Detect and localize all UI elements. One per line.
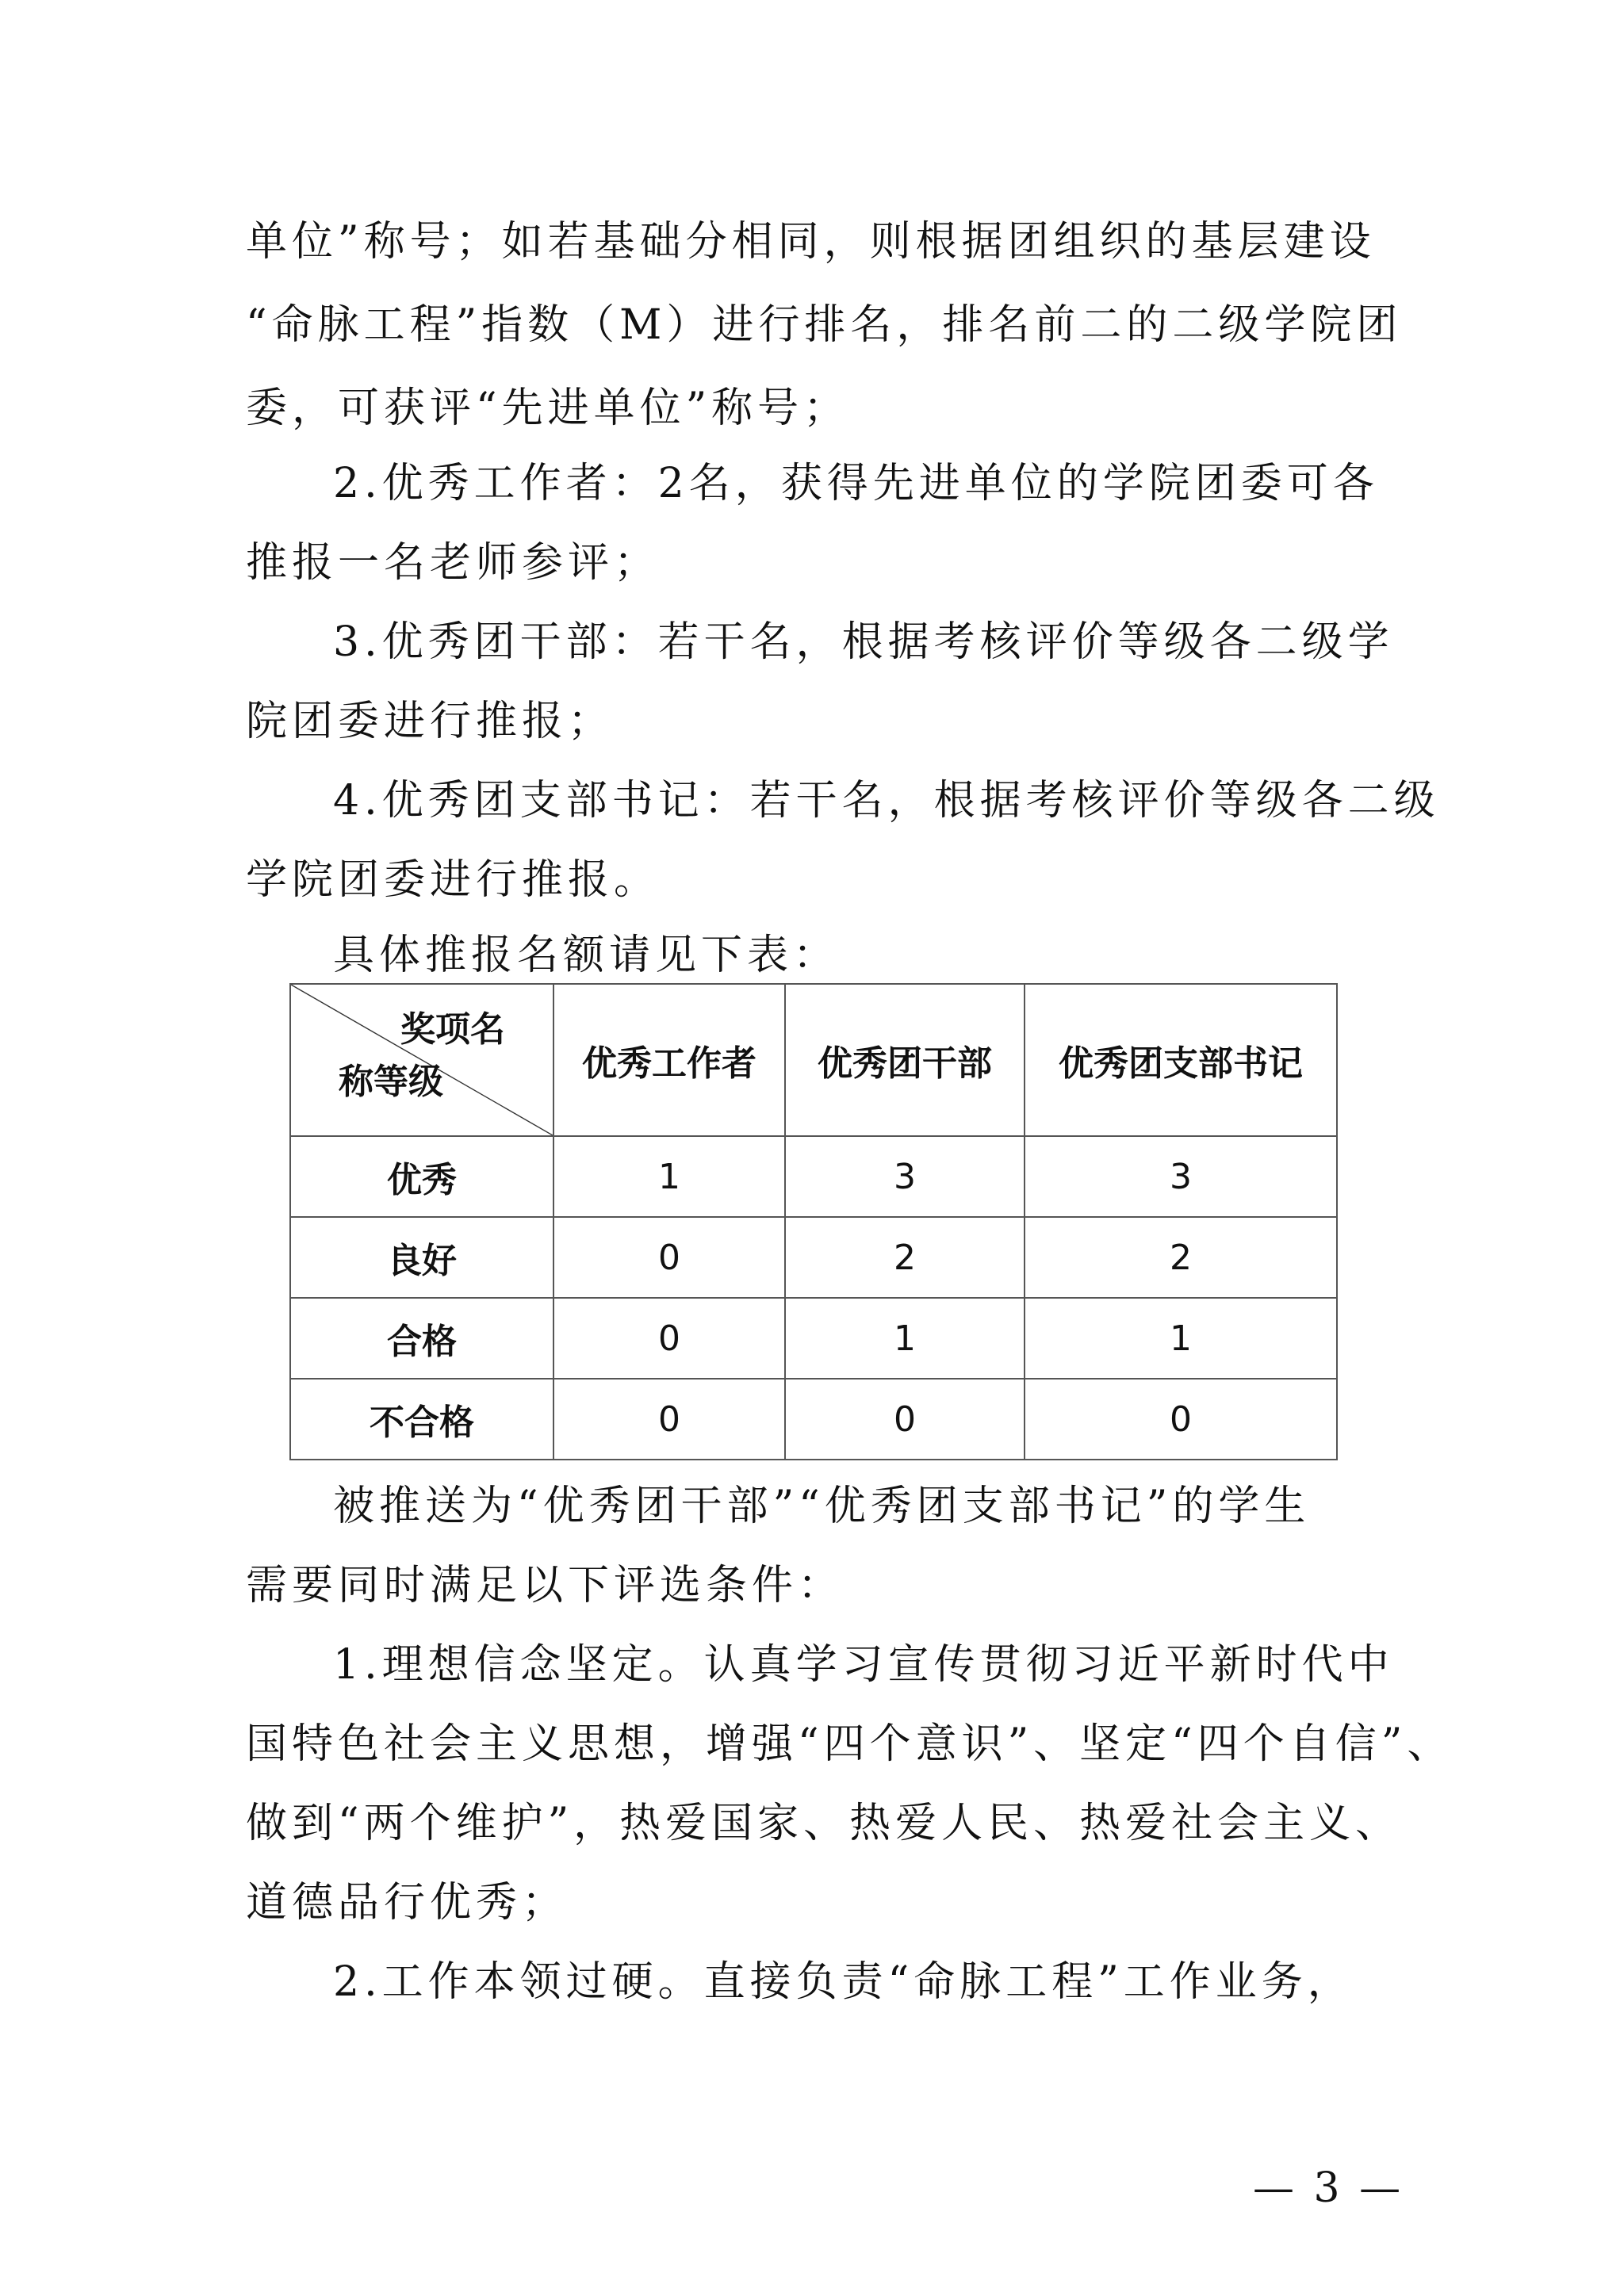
table-cell: 3 bbox=[1025, 1136, 1337, 1217]
text-line: 1.理想信念坚定。认真学习宣传贯彻习近平新时代中 bbox=[333, 1641, 1394, 1689]
row-grade: 优秀 bbox=[290, 1136, 553, 1217]
text-line: 单位”称号；如若基础分相同，则根据团组织的基层建设 bbox=[246, 218, 1376, 266]
text-line: 被推送为“优秀团干部”“优秀团支部书记”的学生 bbox=[333, 1483, 1310, 1530]
page-number: — 3 — bbox=[1253, 2164, 1404, 2212]
table-cell: 0 bbox=[553, 1298, 785, 1379]
table-row: 合格 0 1 1 bbox=[290, 1298, 1337, 1379]
table-cell: 0 bbox=[553, 1379, 785, 1460]
text-line: 具体推报名额请见下表： bbox=[333, 932, 839, 979]
text-line: 道德品行优秀； bbox=[246, 1879, 568, 1927]
table-row: 优秀 1 3 3 bbox=[290, 1136, 1337, 1217]
table-cell: 0 bbox=[785, 1379, 1025, 1460]
text-line: “命脉工程”指数（M）进行排名，排名前二的二级学院团 bbox=[246, 301, 1402, 349]
quota-table: 奖项名 称等级 优秀工作者 优秀团干部 优秀团支部书记 优秀 1 3 3 良好 … bbox=[289, 983, 1338, 1460]
table-header-row: 奖项名 称等级 优秀工作者 优秀团干部 优秀团支部书记 bbox=[290, 984, 1337, 1136]
table-row: 良好 0 2 2 bbox=[290, 1217, 1337, 1298]
text-line: 国特色社会主义思想，增强“四个意识”、坚定“四个自信”、 bbox=[246, 1720, 1453, 1768]
row-grade: 不合格 bbox=[290, 1379, 553, 1460]
diagonal-corner-cell: 奖项名 称等级 bbox=[290, 984, 553, 1136]
text-line: 院团委进行推报； bbox=[246, 698, 614, 745]
text-line: 4.优秀团支部书记：若干名，根据考核评价等级各二级 bbox=[333, 777, 1440, 825]
table-cell: 1 bbox=[553, 1136, 785, 1217]
text-line: 学院团委进行推报。 bbox=[246, 856, 660, 904]
row-grade: 良好 bbox=[290, 1217, 553, 1298]
text-line: 2.优秀工作者：2名，获得先进单位的学院团委可各 bbox=[333, 460, 1379, 507]
text-line: 2.工作本领过硬。直接负责“命脉工程”工作业务， bbox=[333, 1958, 1354, 2006]
table-cell: 1 bbox=[785, 1298, 1025, 1379]
text-line: 需要同时满足以下评选条件： bbox=[246, 1562, 844, 1609]
text-line: 3.优秀团干部：若干名，根据考核评价等级各二级学 bbox=[333, 618, 1394, 666]
corner-award-label: 奖项名 bbox=[400, 1001, 505, 1051]
table-cell: 2 bbox=[785, 1217, 1025, 1298]
table-cell: 0 bbox=[1025, 1379, 1337, 1460]
table-cell: 3 bbox=[785, 1136, 1025, 1217]
text-line: 做到“两个维护”，热爱国家、热爱人民、热爱社会主义、 bbox=[246, 1800, 1401, 1847]
row-grade: 合格 bbox=[290, 1298, 553, 1379]
table-row: 不合格 0 0 0 bbox=[290, 1379, 1337, 1460]
table-cell: 2 bbox=[1025, 1217, 1337, 1298]
text-line: 推报一名老师参评； bbox=[246, 539, 660, 587]
column-header: 优秀工作者 bbox=[553, 984, 785, 1136]
table-cell: 1 bbox=[1025, 1298, 1337, 1379]
text-line: 委，可获评“先进单位”称号； bbox=[246, 385, 849, 432]
column-header: 优秀团干部 bbox=[785, 984, 1025, 1136]
table-cell: 0 bbox=[553, 1217, 785, 1298]
corner-grade-label: 称等级 bbox=[339, 1053, 443, 1104]
column-header: 优秀团支部书记 bbox=[1025, 984, 1337, 1136]
